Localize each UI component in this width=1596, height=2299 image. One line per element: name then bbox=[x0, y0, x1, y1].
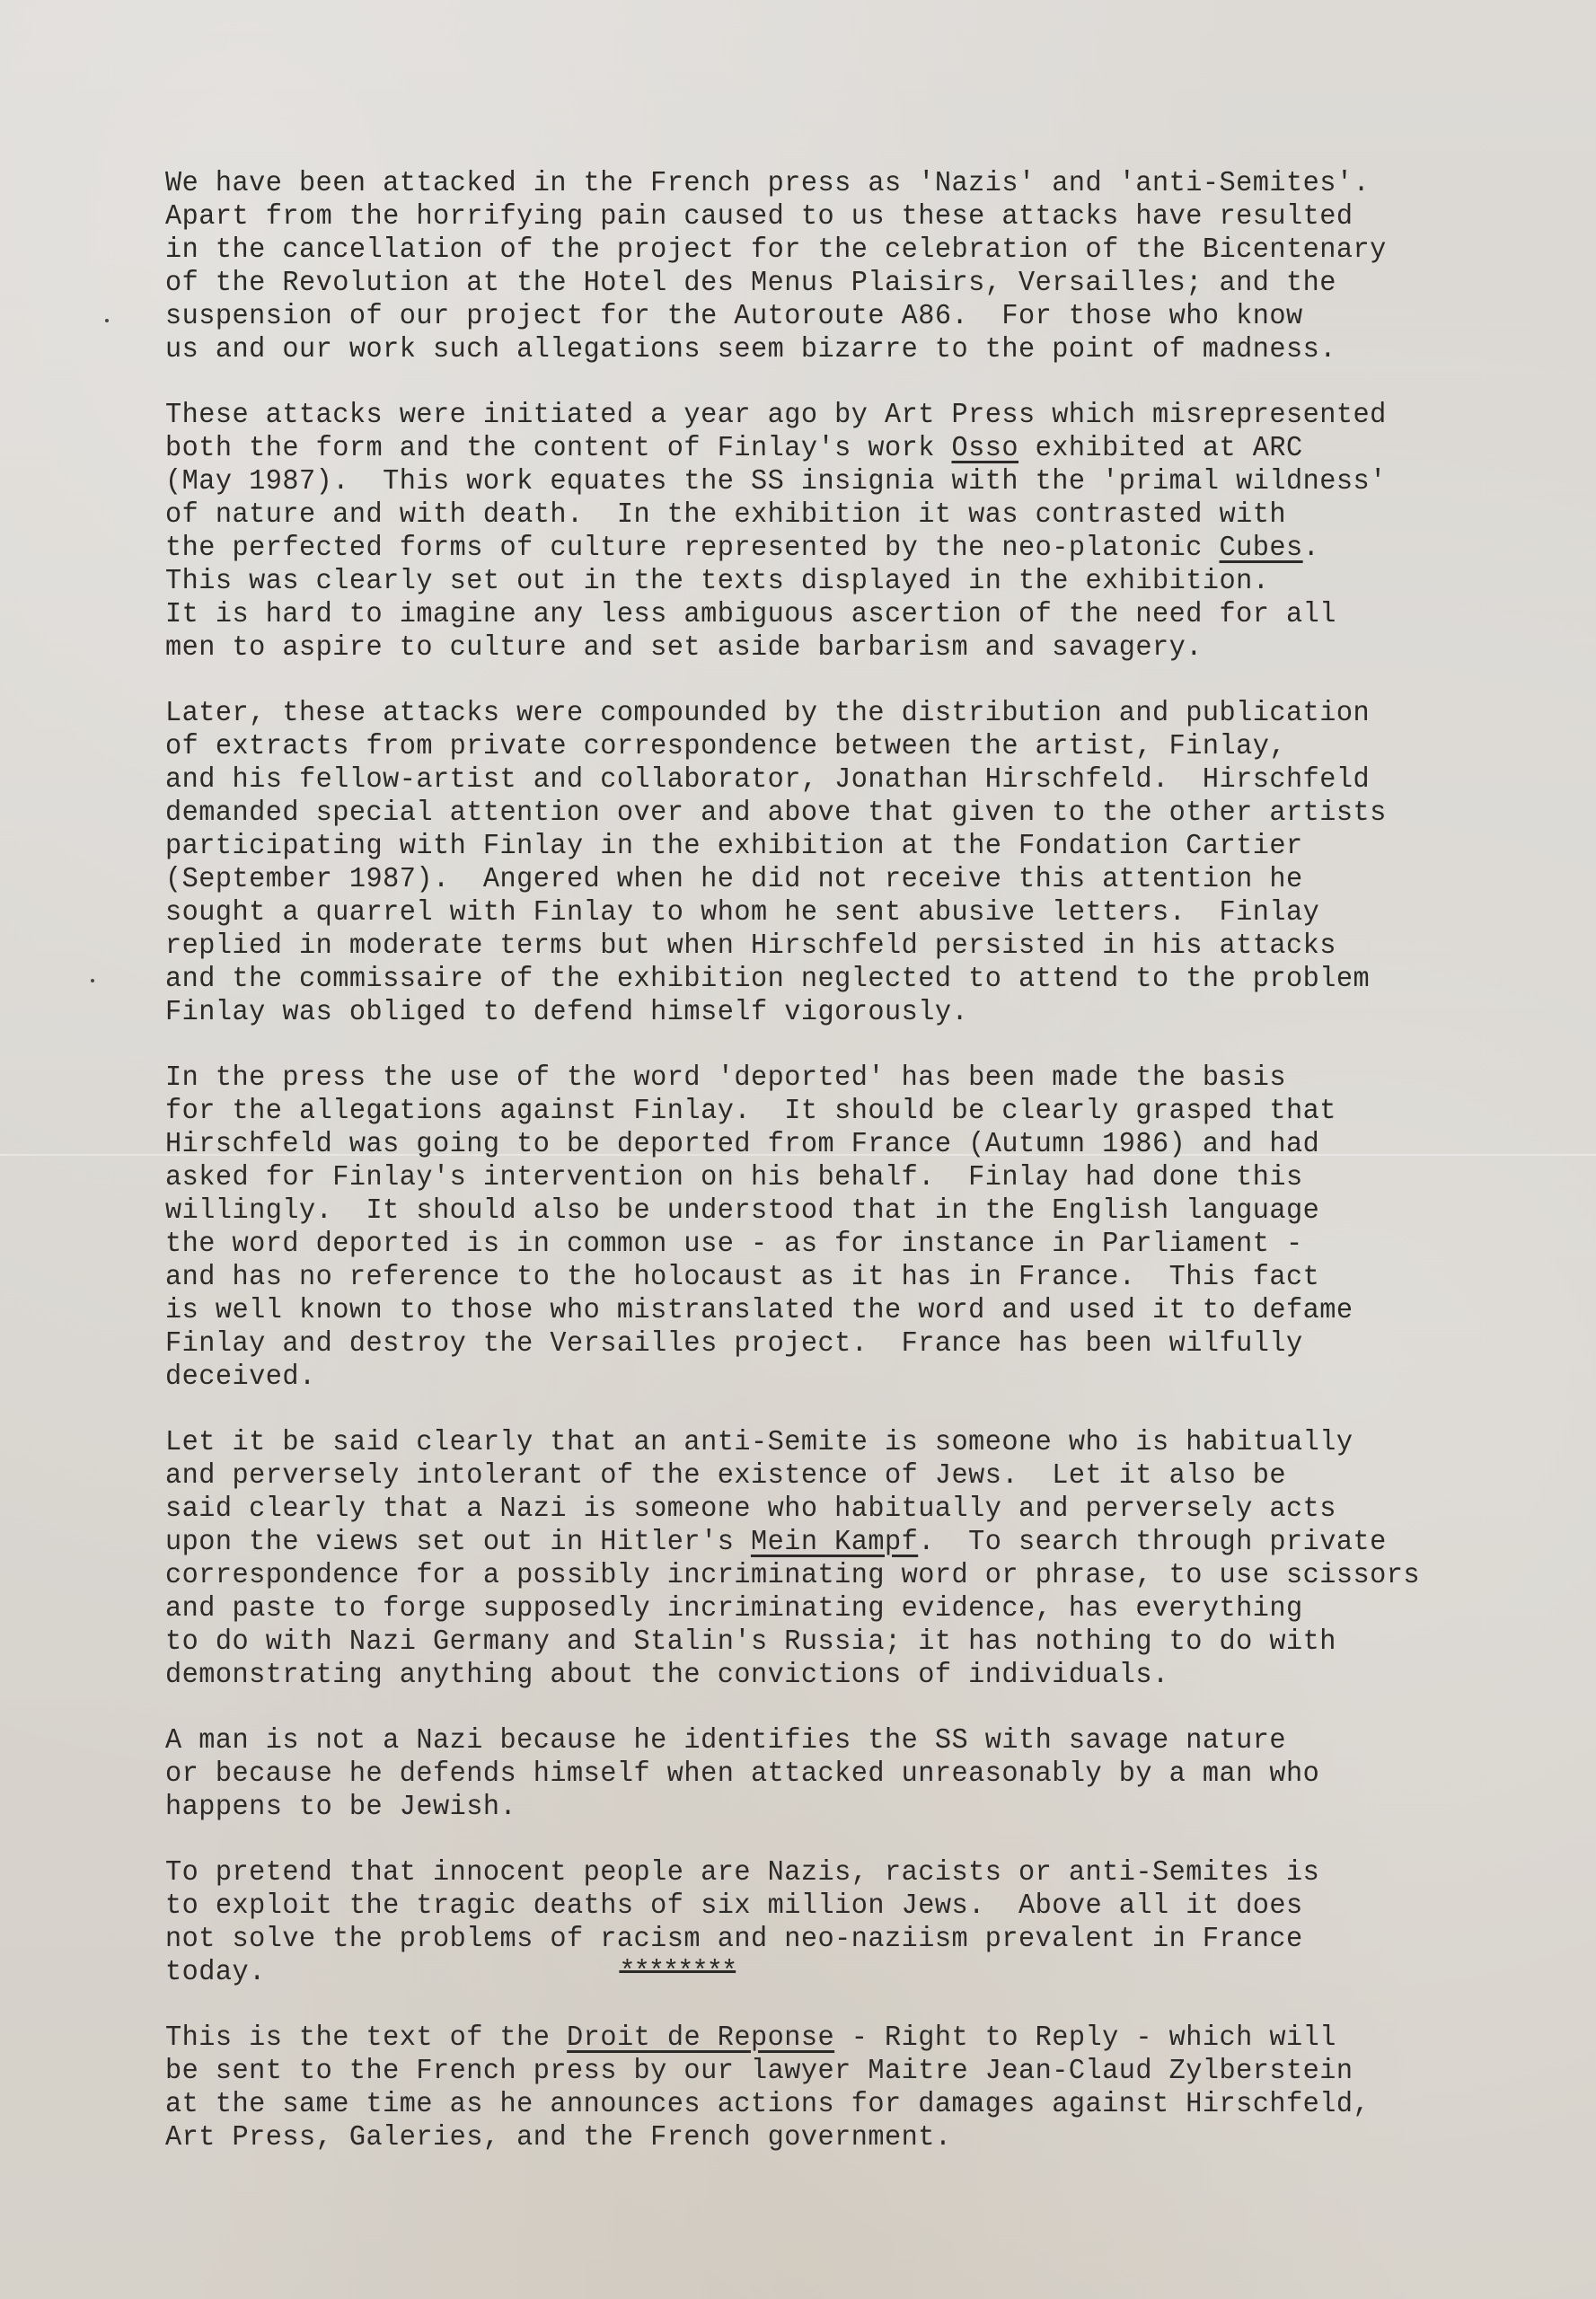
text-line: A man is not a Nazi because he identifie… bbox=[165, 1724, 1389, 1757]
text-line: Hirschfeld was going to be deported from… bbox=[165, 1128, 1389, 1161]
text-line: Art Press, Galeries, and the French gove… bbox=[165, 2121, 1389, 2154]
paragraph-not-a-nazi: A man is not a Nazi because he identifie… bbox=[165, 1724, 1441, 1824]
text-line: or because he defends himself when attac… bbox=[165, 1757, 1389, 1791]
text-line: and his fellow-artist and collaborator, … bbox=[165, 763, 1389, 797]
text-line: asked for Finlay's intervention on his b… bbox=[165, 1161, 1389, 1194]
text-line: for the allegations against Finlay. It s… bbox=[165, 1095, 1389, 1128]
text-line: to do with Nazi Germany and Stalin's Rus… bbox=[165, 1625, 1389, 1659]
text-line: To pretend that innocent people are Nazi… bbox=[165, 1856, 1389, 1889]
paragraph-right-to-reply: This is the text of the Droit de Reponse… bbox=[165, 2022, 1441, 2154]
text-line: sought a quarrel with Finlay to whom he … bbox=[165, 896, 1389, 929]
text-line: and the commissaire of the exhibition ne… bbox=[165, 963, 1389, 996]
underlined-title: Cubes bbox=[1220, 533, 1303, 564]
underlined-title: Mein Kampf bbox=[751, 1527, 918, 1558]
typed-letter: We have been attacked in the French pres… bbox=[165, 167, 1441, 2187]
text-line: This is the text of the Droit de Reponse… bbox=[165, 2022, 1389, 2055]
text-line: Finlay and destroy the Versailles projec… bbox=[165, 1327, 1389, 1361]
text-line: and paste to forge supposedly incriminat… bbox=[165, 1592, 1389, 1625]
text-line: happens to be Jewish. bbox=[165, 1791, 1389, 1824]
text-line: demanded special attention over and abov… bbox=[165, 797, 1389, 830]
text-line: in the cancellation of the project for t… bbox=[165, 233, 1389, 267]
text-line: deceived. bbox=[165, 1361, 1389, 1394]
section-separator: ******** bbox=[619, 1956, 736, 1989]
text-line: and has no reference to the holocaust as… bbox=[165, 1261, 1389, 1294]
text-line: correspondence for a possibly incriminat… bbox=[165, 1559, 1389, 1592]
text-line: It is hard to imagine any less ambiguous… bbox=[165, 598, 1389, 631]
text-line: participating with Finlay in the exhibit… bbox=[165, 830, 1389, 863]
text-line: of extracts from private correspondence … bbox=[165, 730, 1389, 763]
text-line: demonstrating anything about the convict… bbox=[165, 1659, 1389, 1692]
paragraph-attacks: We have been attacked in the French pres… bbox=[165, 167, 1441, 366]
text-line: Let it be said clearly that an anti-Semi… bbox=[165, 1426, 1389, 1459]
text-line: (May 1987). This work equates the SS ins… bbox=[165, 465, 1389, 498]
text-line: men to aspire to culture and set aside b… bbox=[165, 631, 1389, 665]
text-line: of the Revolution at the Hotel des Menus… bbox=[165, 267, 1389, 300]
text-line: (September 1987). Angered when he did no… bbox=[165, 863, 1389, 896]
text-line: at the same time as he announces actions… bbox=[165, 2088, 1389, 2121]
paragraph-art-press: These attacks were initiated a year ago … bbox=[165, 399, 1441, 665]
text-line: is well known to those who mistranslated… bbox=[165, 1294, 1389, 1327]
underlined-title: Osso bbox=[951, 433, 1018, 464]
text-line: the perfected forms of culture represent… bbox=[165, 532, 1389, 565]
text-line: not solve the problems of racism and neo… bbox=[165, 1923, 1389, 1956]
text-line: upon the views set out in Hitler's Mein … bbox=[165, 1526, 1389, 1559]
text-line: the word deported is in common use - as … bbox=[165, 1228, 1389, 1261]
underlined-title: Droit de Reponse bbox=[567, 2022, 834, 2054]
text-line: both the form and the content of Finlay'… bbox=[165, 432, 1389, 465]
paper-speck bbox=[105, 319, 109, 322]
text-line: of nature and with death. In the exhibit… bbox=[165, 498, 1389, 532]
text-line: willingly. It should also be understood … bbox=[165, 1194, 1389, 1228]
text-line: be sent to the French press by our lawye… bbox=[165, 2055, 1389, 2088]
text-line: us and our work such allegations seem bi… bbox=[165, 333, 1389, 366]
paragraph-definitions: Let it be said clearly that an anti-Semi… bbox=[165, 1426, 1441, 1692]
paragraph-deported: In the press the use of the word 'deport… bbox=[165, 1061, 1441, 1394]
text-line: Finlay was obliged to defend himself vig… bbox=[165, 996, 1389, 1029]
text-line: Apart from the horrifying pain caused to… bbox=[165, 200, 1389, 233]
text-line: In the press the use of the word 'deport… bbox=[165, 1061, 1389, 1095]
text-line: These attacks were initiated a year ago … bbox=[165, 399, 1389, 432]
text-line: suspension of our project for the Autoro… bbox=[165, 300, 1389, 333]
text-line: and perversely intolerant of the existen… bbox=[165, 1459, 1389, 1493]
text-line: This was clearly set out in the texts di… bbox=[165, 565, 1389, 598]
text-line: today.******** bbox=[165, 1956, 1389, 1989]
paragraph-correspondence: Later, these attacks were compounded by … bbox=[165, 697, 1441, 1029]
paragraph-pretend: To pretend that innocent people are Nazi… bbox=[165, 1856, 1441, 1989]
text-line: to exploit the tragic deaths of six mill… bbox=[165, 1889, 1389, 1923]
text-line: replied in moderate terms but when Hirsc… bbox=[165, 929, 1389, 963]
text-line: Later, these attacks were compounded by … bbox=[165, 697, 1389, 730]
text-line: We have been attacked in the French pres… bbox=[165, 167, 1389, 200]
paper-speck bbox=[91, 979, 94, 982]
text-line: said clearly that a Nazi is someone who … bbox=[165, 1493, 1389, 1526]
